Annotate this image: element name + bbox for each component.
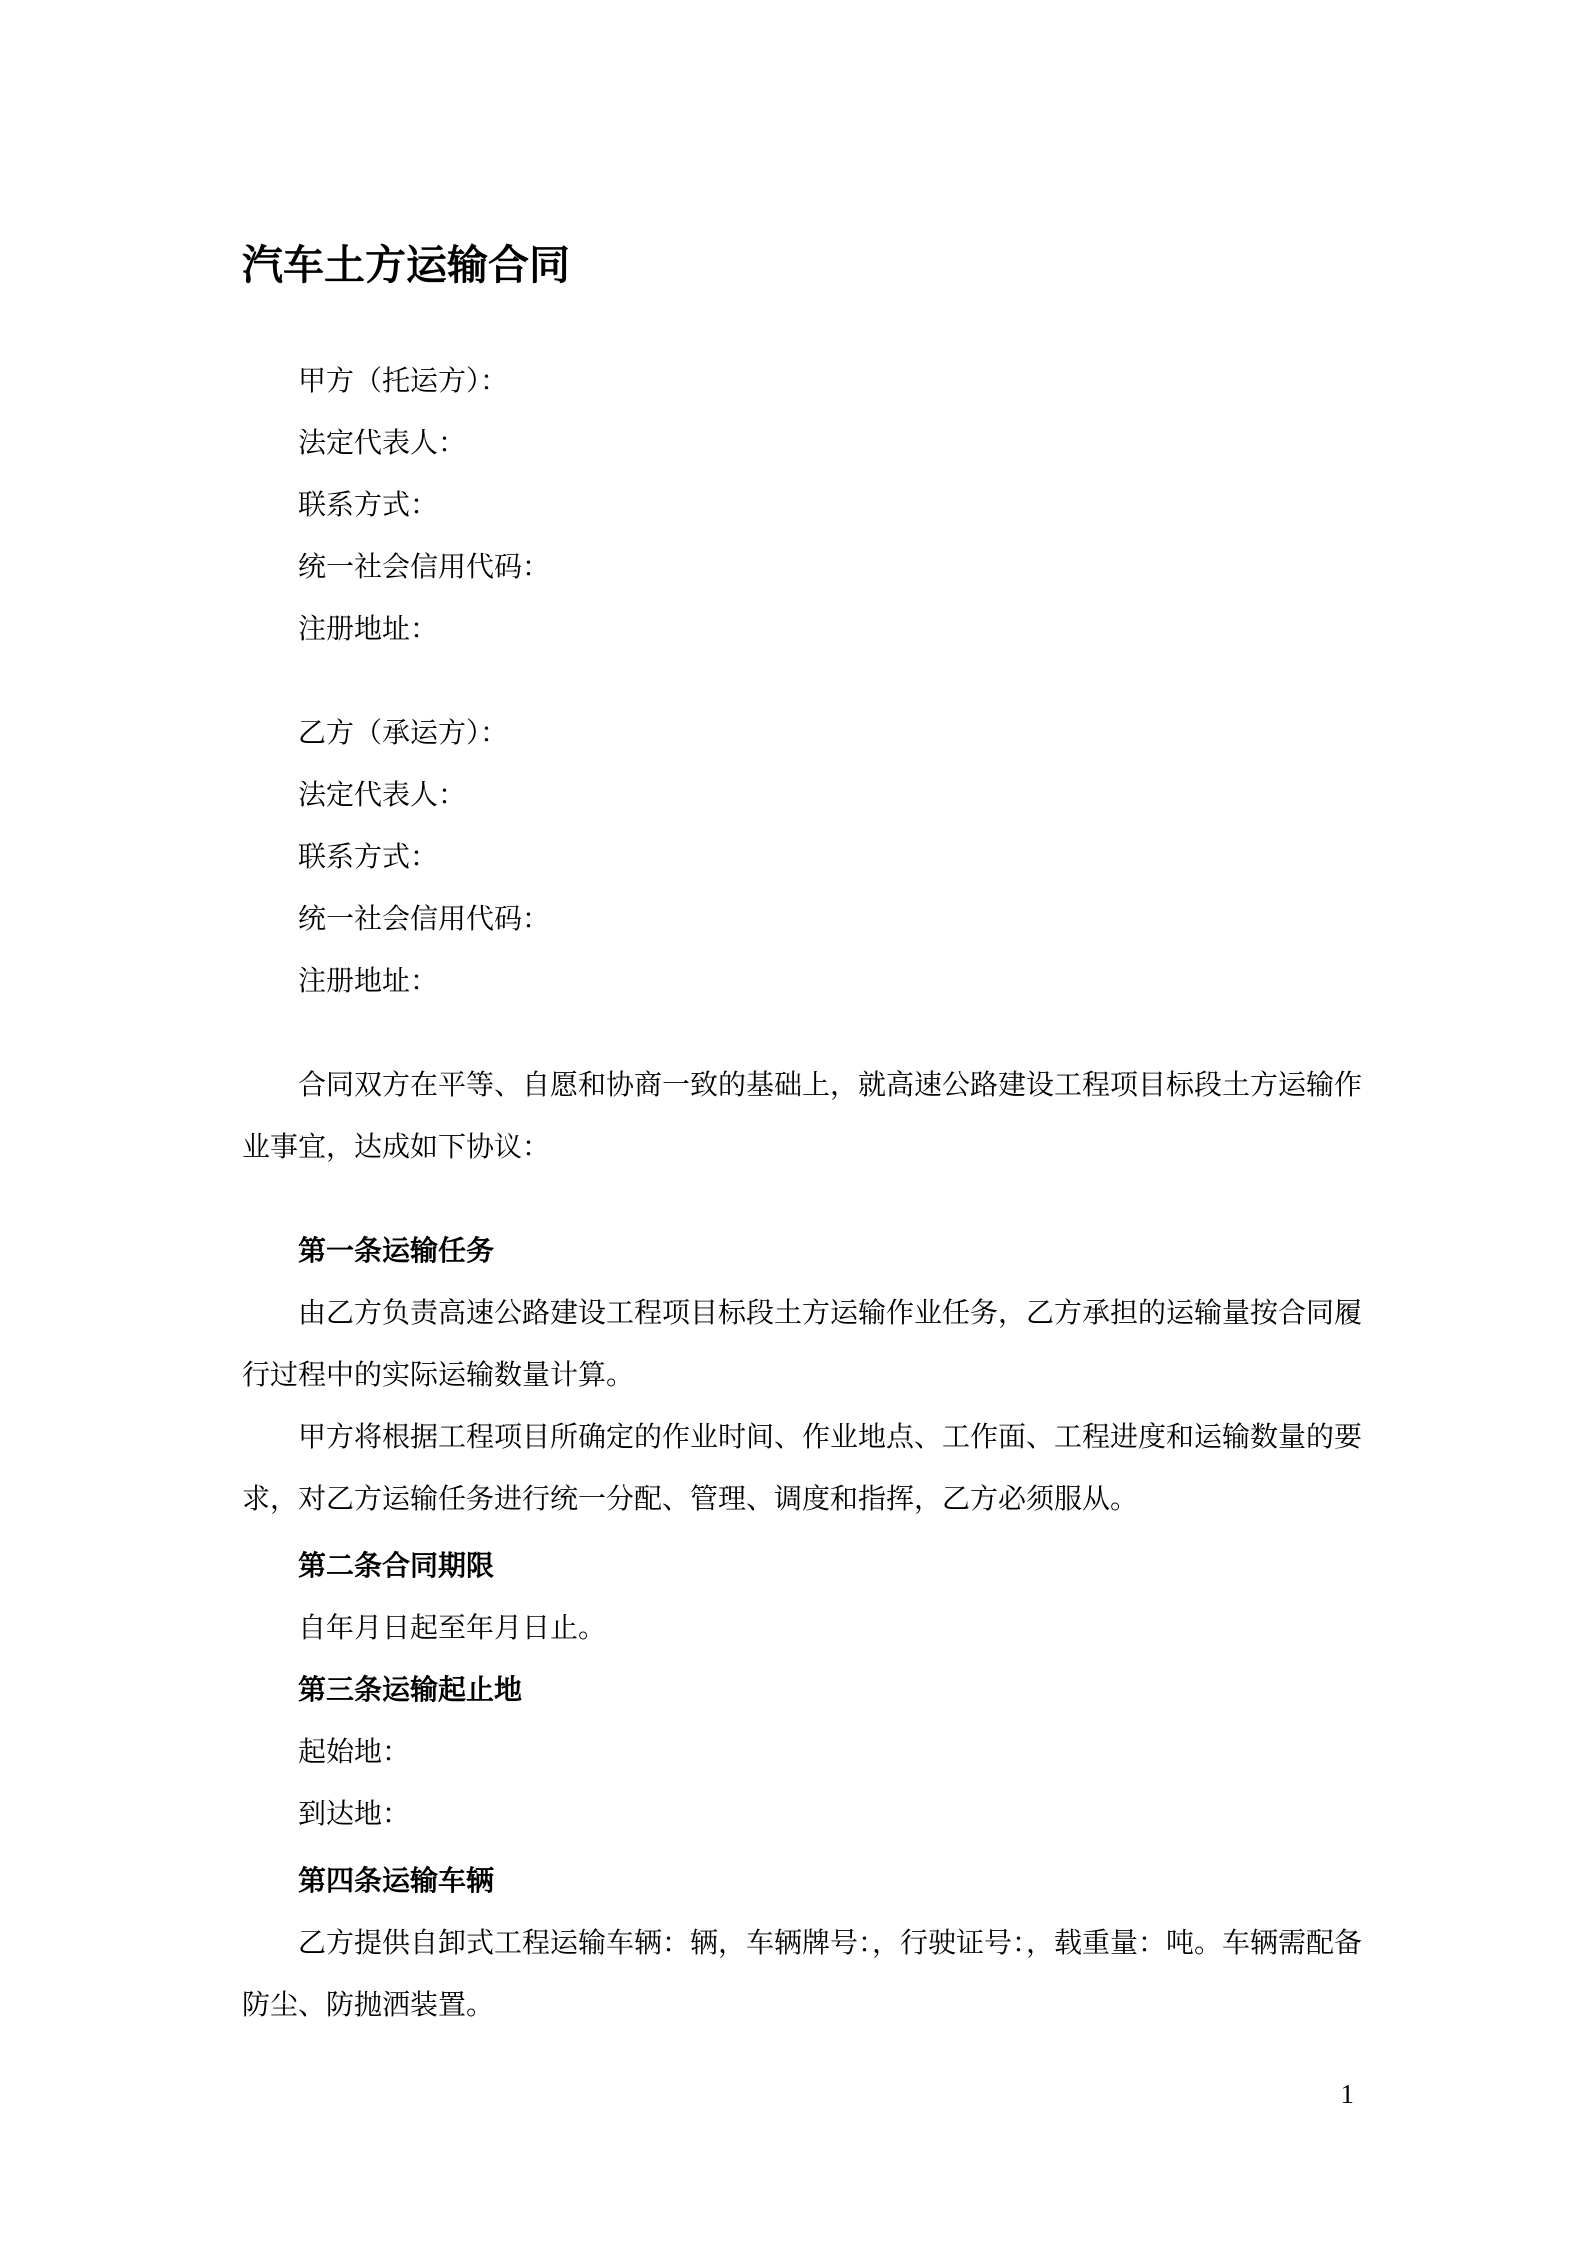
document-line: 求，对乙方运输任务进行统一分配、管理、调度和指挥，乙方必须服从。: [242, 1469, 1348, 1531]
document-line: 统一社会信用代码：: [242, 537, 1348, 599]
section-heading: 第二条合同期限: [242, 1536, 1348, 1598]
page-number: 1: [1341, 2078, 1355, 2110]
document-line: 业事宜，达成如下协议：: [242, 1117, 1348, 1179]
document-page: 汽车土方运输合同 甲方（托运方）：法定代表人：联系方式：统一社会信用代码：注册地…: [0, 0, 1586, 2244]
document-line: 行过程中的实际运输数量计算。: [242, 1345, 1348, 1407]
document-line: 甲方（托运方）：: [242, 351, 1348, 413]
document-line: 到达地：: [242, 1784, 1348, 1846]
document-body: 甲方（托运方）：法定代表人：联系方式：统一社会信用代码：注册地址：乙方（承运方）…: [242, 351, 1348, 2037]
section-heading: 第一条运输任务: [242, 1221, 1348, 1283]
document-line: 乙方（承运方）：: [242, 703, 1348, 765]
document-line: 甲方将根据工程项目所确定的作业时间、作业地点、工作面、工程进度和运输数量的要: [242, 1407, 1348, 1469]
document-line: 注册地址：: [242, 951, 1348, 1013]
section-heading: 第四条运输车辆: [242, 1851, 1348, 1913]
document-line: 乙方提供自卸式工程运输车辆：辆，车辆牌号：，行驶证号：，载重量：吨。车辆需配备: [242, 1913, 1348, 1975]
document-line: 注册地址：: [242, 599, 1348, 661]
document-line: 起始地：: [242, 1722, 1348, 1784]
document-line: 联系方式：: [242, 827, 1348, 889]
document-line: 由乙方负责高速公路建设工程项目标段土方运输作业任务，乙方承担的运输量按合同履: [242, 1283, 1348, 1345]
document-line: 统一社会信用代码：: [242, 889, 1348, 951]
document-line: 联系方式：: [242, 475, 1348, 537]
document-line: 防尘、防抛洒装置。: [242, 1975, 1348, 2037]
document-title: 汽车土方运输合同: [242, 240, 570, 290]
document-line: 合同双方在平等、自愿和协商一致的基础上，就高速公路建设工程项目标段土方运输作: [242, 1055, 1348, 1117]
document-line: 法定代表人：: [242, 765, 1348, 827]
document-line: 法定代表人：: [242, 413, 1348, 475]
section-heading: 第三条运输起止地: [242, 1660, 1348, 1722]
document-line: 自年月日起至年月日止。: [242, 1598, 1348, 1660]
